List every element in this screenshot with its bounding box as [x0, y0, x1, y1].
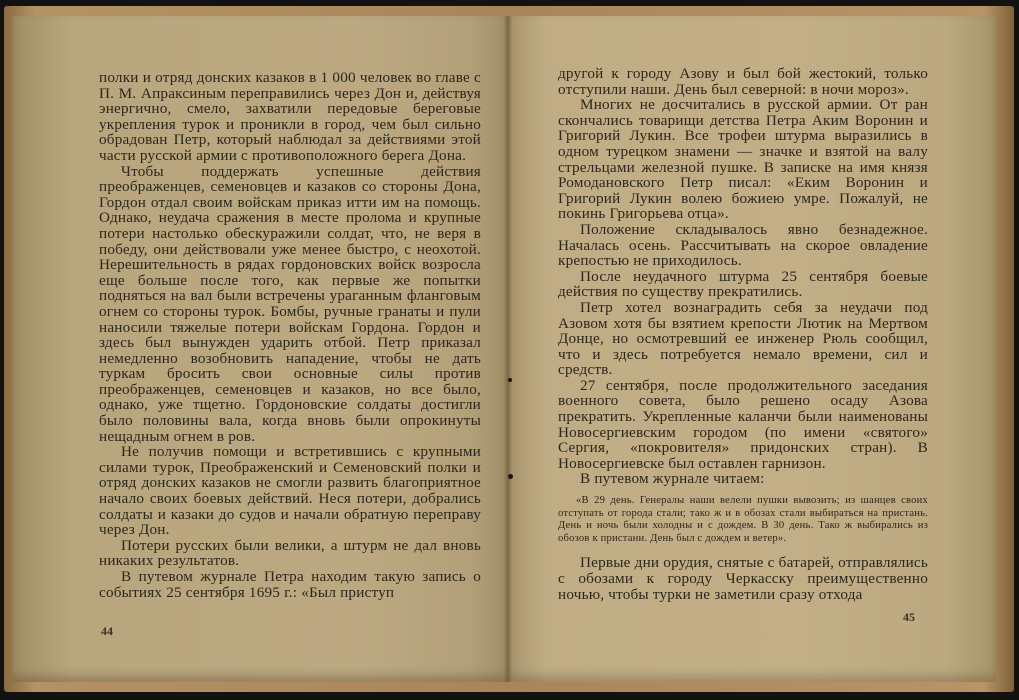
right-page: другой к городу Азову и был бой жестокий… — [508, 16, 996, 682]
left-page-text: полки и отряд донских казаков в 1 000 че… — [99, 70, 481, 600]
paragraph: Не получив помощи и встретившись с крупн… — [99, 444, 481, 538]
book-gutter — [504, 16, 512, 682]
paragraph: В путевом журнале Петра находим такую за… — [99, 569, 481, 600]
right-page-text: другой к городу Азову и был бой жестокий… — [558, 66, 928, 602]
paragraph: полки и отряд донских казаков в 1 000 че… — [99, 70, 481, 164]
page-number: 45 — [903, 610, 915, 625]
page-number: 44 — [101, 624, 113, 639]
left-page: полки и отряд донских казаков в 1 000 че… — [12, 16, 508, 682]
binding-hole — [508, 474, 513, 479]
binding-hole — [508, 378, 512, 382]
paragraph: В путевом журнале читаем: — [558, 471, 928, 487]
paragraph: Петр хотел вознаградить себя за неудачи … — [558, 300, 928, 378]
paragraph: Потери русских были велики, а штурм не д… — [99, 538, 481, 569]
paragraph: После неудачного штурма 25 сентября боев… — [558, 269, 928, 300]
paragraph: Чтобы поддержать успешные действия преоб… — [99, 164, 481, 445]
paragraph: Многих не досчитались в русской армии. О… — [558, 97, 928, 222]
paragraph: Первые дни орудия, снятые с батарей, отп… — [558, 555, 928, 602]
paragraph: Положение складывалось явно безнадежное.… — [558, 222, 928, 269]
journal-quote: «В 29 день. Генералы наши велели пушки в… — [558, 495, 928, 545]
paragraph: другой к городу Азову и был бой жестокий… — [558, 66, 928, 97]
paragraph: 27 сентября, после продолжительного засе… — [558, 378, 928, 472]
